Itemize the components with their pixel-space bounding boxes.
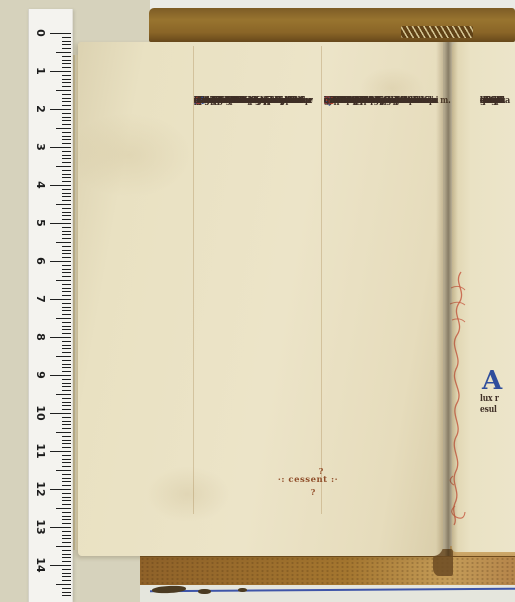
ruler-tick [62,322,71,323]
ruler-tick [62,75,71,76]
ruler-tick [62,269,71,270]
ruler-number: 7 [32,290,48,308]
ruler-tick [62,257,71,258]
ruler-tick [62,421,71,422]
ruler-number: 4 [32,176,48,194]
ruler-tick [62,500,71,501]
ruler-tick [62,177,71,178]
ruler-tick [62,497,71,498]
catchword-mark: ? [243,487,373,496]
ruler-tick [62,576,71,577]
ruler-tick [62,208,71,209]
ruler-number: 14 [32,556,48,574]
ruler-tick [56,470,71,471]
ruler-tick [62,348,71,349]
ruler-tick [62,94,71,95]
debris-speck [198,589,211,594]
ruler-tick [62,371,71,372]
ruler-tick [62,124,71,125]
ruler-tick [56,166,71,167]
ruler-tick [56,242,71,243]
ruler-tick [62,440,71,441]
next-page-text-line: lux r [480,394,514,405]
left-page: puocauert in eo q nō eratdeus et irritau… [78,42,443,556]
ruler-tick [50,147,71,148]
ruler-tick [62,478,71,479]
book-gutter [436,42,458,556]
ruler-tick [62,155,71,156]
ruler-tick [62,329,71,330]
ruler-tick [56,546,71,547]
ruler-tick [62,485,71,486]
ruler-tick [62,151,71,152]
ruler-tick [62,386,71,387]
ruler-tick [62,512,71,513]
ruler-tick [62,405,71,406]
ruler-tick [62,44,71,45]
ruler-tick [62,519,71,520]
debris-speck [238,588,247,592]
ruler-tick [62,193,71,194]
ruler-tick [62,580,71,581]
ruler-tick [62,326,71,327]
next-page-edge: cessitate q daliusdni etiamqui dincrenū … [452,42,515,552]
ruler-number: 10 [32,404,48,422]
ruler-tick [62,56,71,57]
ruler-tick [50,375,71,376]
ruler-tick [62,409,71,410]
ruler-tick [50,299,71,300]
ruler-tick [56,204,71,205]
ruler-tick [62,303,71,304]
ruler-tick [62,219,71,220]
ruler: 01234567891011121314 [28,9,73,602]
catchword: ? ·: cessent :· ? [243,466,373,496]
ruling-line [193,46,194,514]
ruler-tick [62,181,71,182]
ruler-tick [56,52,71,53]
ruler-tick [62,314,71,315]
ruler-tick [62,436,71,437]
ruler-tick [62,379,71,380]
ruler-tick [62,345,71,346]
ruler-tick [62,48,71,49]
ruler-tick [50,337,71,338]
ruler-tick [62,592,71,593]
ruler-tick [62,523,71,524]
ruler-tick [62,143,71,144]
ruler-number: 0 [32,24,48,42]
ruler-tick [62,462,71,463]
ruler-tick [50,223,71,224]
ruler-tick [62,531,71,532]
ruler-tick [62,557,71,558]
ruler-tick [62,455,71,456]
ruler-tick [56,356,71,357]
ruler-number: 9 [32,366,48,384]
text-segment: laude [480,96,504,107]
ruler-tick [50,413,71,414]
ruler-number: 13 [32,518,48,536]
ruler-tick [62,246,71,247]
ruler-tick [50,451,71,452]
ruler-number: 8 [32,328,48,346]
ruler-tick [62,481,71,482]
ruler-tick [62,67,71,68]
debris-speck [152,585,186,594]
ruler-tick [62,352,71,353]
ruler-tick [62,215,71,216]
ruler-tick [56,394,71,395]
ruler-tick [62,82,71,83]
ruler-tick [62,101,71,102]
ruler-tick [62,189,71,190]
ruler-tick [56,90,71,91]
ruler-tick [62,265,71,266]
text-segment: gant et opitulēt ub et ī ne [324,96,428,107]
ruler-tick [62,86,71,87]
ruler-tick [62,63,71,64]
ruler-tick [56,508,71,509]
ruler-number: 5 [32,214,48,232]
headband-stitching [401,26,473,38]
ruler-tick [62,550,71,551]
ruler-tick [62,227,71,228]
illuminated-initial: A [482,368,502,394]
ruler-number: 6 [32,252,48,270]
ruler-tick [62,139,71,140]
book-top-edge [149,8,515,42]
ruler-tick [62,474,71,475]
ruler-tick [62,588,71,589]
ruler-tick [50,489,71,490]
ruler-tick [62,196,71,197]
next-page-text-line: esul [480,405,514,416]
ruler-tick [62,390,71,391]
ruler-number: 1 [32,62,48,80]
ruler-tick [62,538,71,539]
ruler-tick [62,276,71,277]
ruler-tick [62,360,71,361]
ruler-tick [56,584,71,585]
ruler-tick [62,288,71,289]
ruler-tick [62,307,71,308]
ruler-tick [62,417,71,418]
ruler-tick [62,364,71,365]
ruler-tick [62,402,71,403]
ruler-tick [62,253,71,254]
ruler-tick [50,565,71,566]
ruler-tick [62,158,71,159]
ruler-tick [62,447,71,448]
ruler-tick [62,295,71,296]
ruler-tick [62,443,71,444]
ruler-tick [62,200,71,201]
ruler-tick [62,569,71,570]
ruler-tick [56,128,71,129]
ruler-tick [62,120,71,121]
ruler-tick [62,310,71,311]
ruler-tick [62,174,71,175]
ruler-tick [62,212,71,213]
ruler-tick [50,33,71,34]
text-segment: tia. ut sapēt et intelligerēt [194,96,301,107]
ruler-tick [56,318,71,319]
ruler-tick [62,542,71,543]
table-surface [140,585,515,602]
catchword-text: ·: cessent :· [243,475,373,487]
ruler-tick [62,98,71,99]
ruler-tick [50,527,71,528]
ruler-tick [62,113,71,114]
ruler-tick [62,37,71,38]
ruler-tick [62,132,71,133]
book-cover-edge [140,556,515,585]
ruler-tick [62,535,71,536]
ruler-tick [56,432,71,433]
ruler-tick [62,238,71,239]
ruler-tick [62,170,71,171]
page-stack-edge [73,55,75,550]
ruler-tick [62,41,71,42]
ruler-tick [62,493,71,494]
ruler-number: 11 [32,442,48,460]
ruler-tick [62,162,71,163]
ruler-number: 2 [32,100,48,118]
ruler-tick [62,117,71,118]
ruler-tick [50,185,71,186]
ruler-tick [62,79,71,80]
ruler-tick [56,280,71,281]
ruler-tick [62,272,71,273]
ruler-tick [62,554,71,555]
ruler-tick [62,466,71,467]
ruler-tick [62,459,71,460]
ruler-tick [62,234,71,235]
ruler-tick [62,136,71,137]
ruler-number: 12 [32,480,48,498]
ruler-tick [62,516,71,517]
ruler-tick [62,284,71,285]
ruler-tick [50,261,71,262]
ruler-tick [62,398,71,399]
ruler-tick [62,367,71,368]
ruler-tick [62,573,71,574]
manuscript-photo: puocauert in eo q nō eratdeus et irritau… [0,0,515,602]
ruler-tick [62,105,71,106]
ruler-tick [62,428,71,429]
ruler-tick [62,291,71,292]
ruler-tick [62,504,71,505]
ruling-line [321,46,322,514]
ruler-tick [62,424,71,425]
ruler-tick [62,383,71,384]
ruler-tick [50,71,71,72]
ruler-tick [62,333,71,334]
ruler-tick [62,60,71,61]
ruler-number: 3 [32,138,48,156]
ruler-tick [62,231,71,232]
ruler-tick [50,109,71,110]
ruler-tick [62,595,71,596]
ruler-tick [62,561,71,562]
ruler-tick [62,341,71,342]
ruler-tick [62,250,71,251]
catchword-mark: ? [243,466,373,475]
